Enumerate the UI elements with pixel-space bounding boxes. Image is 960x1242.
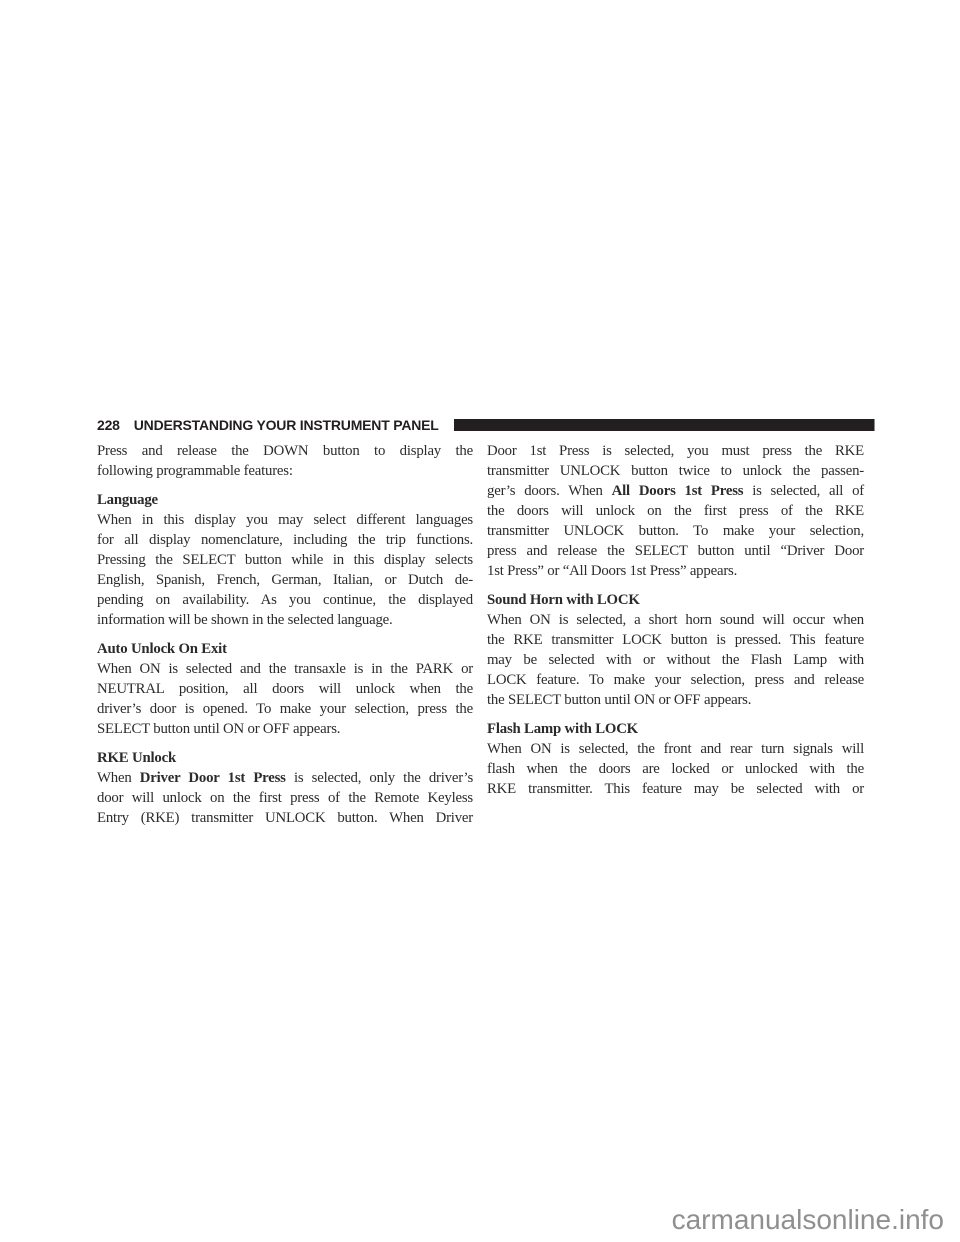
text-line: RKE transmitter. This feature may be sel… bbox=[487, 779, 864, 799]
manual-page: 228 UNDERSTANDING YOUR INSTRUMENT PANEL … bbox=[0, 0, 960, 1242]
text-line: Entry (RKE) transmitter UNLOCK button. W… bbox=[97, 808, 473, 828]
text-segment: When ON is selected, a short horn sound … bbox=[487, 612, 864, 628]
text-line: NEUTRAL position, all doors will unlock … bbox=[97, 679, 473, 699]
section: Auto Unlock On ExitWhen ON is selected a… bbox=[97, 639, 473, 739]
section: Flash Lamp with LOCKWhen ON is selected,… bbox=[487, 719, 864, 799]
text-line: LOCK feature. To make your selection, pr… bbox=[487, 670, 864, 690]
bold-text-segment: Driver Door 1st Press bbox=[140, 770, 286, 786]
text-line: Press and release the DOWN button to dis… bbox=[97, 441, 473, 461]
text-segment: the doors will unlock on the first press… bbox=[487, 503, 864, 519]
text-segment: Entry (RKE) transmitter UNLOCK button. W… bbox=[97, 810, 473, 826]
watermark: carmanualsonline.info bbox=[672, 1204, 944, 1236]
text-segment: flash when the doors are locked or unloc… bbox=[487, 761, 864, 777]
text-segment: Press and release the DOWN button to dis… bbox=[97, 443, 473, 459]
text-line: the SELECT button until ON or OFF appear… bbox=[487, 690, 864, 710]
text-segment: Pressing the SELECT button while in this… bbox=[97, 552, 473, 568]
text-segment: pending on availability. As you continue… bbox=[97, 592, 473, 608]
text-line: may be selected with or without the Flas… bbox=[487, 650, 864, 670]
text-segment: When ON is selected and the transaxle is… bbox=[97, 661, 473, 677]
text-segment: Door 1st Press is selected, you must pre… bbox=[487, 443, 864, 459]
text-line: driver’s door is opened. To make your se… bbox=[97, 699, 473, 719]
text-line: pending on availability. As you continue… bbox=[97, 590, 473, 610]
text-line: the RKE transmitter LOCK button is press… bbox=[487, 630, 864, 650]
text-line: Door 1st Press is selected, you must pre… bbox=[487, 441, 864, 461]
text-line: 1st Press” or “All Doors 1st Press” appe… bbox=[487, 561, 864, 581]
section: Door 1st Press is selected, you must pre… bbox=[487, 441, 864, 581]
text-segment: When ON is selected, the front and rear … bbox=[487, 741, 864, 757]
text-segment: RKE transmitter. This feature may be sel… bbox=[487, 781, 864, 797]
text-segment: information will be shown in the selecte… bbox=[97, 612, 393, 628]
text-line: transmitter UNLOCK button twice to unloc… bbox=[487, 461, 864, 481]
text-line: information will be shown in the selecte… bbox=[97, 610, 473, 630]
section: Sound Horn with LOCKWhen ON is selected,… bbox=[487, 590, 864, 710]
text-segment: door will unlock on the first press of t… bbox=[97, 790, 473, 806]
text-segment: following programmable features: bbox=[97, 463, 293, 479]
text-segment: transmitter UNLOCK button. To make your … bbox=[487, 523, 864, 539]
header-rule-bar bbox=[454, 419, 875, 431]
text-line: English, Spanish, French, German, Italia… bbox=[97, 570, 473, 590]
text-line: Pressing the SELECT button while in this… bbox=[97, 550, 473, 570]
page-header: 228 UNDERSTANDING YOUR INSTRUMENT PANEL bbox=[97, 417, 875, 433]
text-line: door will unlock on the first press of t… bbox=[97, 788, 473, 808]
text-segment: ger’s doors. When bbox=[487, 483, 612, 499]
text-line: When in this display you may select diff… bbox=[97, 510, 473, 530]
text-line: flash when the doors are locked or unloc… bbox=[487, 759, 864, 779]
text-segment: SELECT button until ON or OFF appears. bbox=[97, 721, 340, 737]
text-segment: the RKE transmitter LOCK button is press… bbox=[487, 632, 864, 648]
section: Press and release the DOWN button to dis… bbox=[97, 441, 473, 481]
section-heading: Sound Horn with LOCK bbox=[487, 590, 864, 610]
text-line: following programmable features: bbox=[97, 461, 473, 481]
text-segment: 1st Press” or “All Doors 1st Press” appe… bbox=[487, 563, 737, 579]
text-line: When ON is selected, the front and rear … bbox=[487, 739, 864, 759]
section-heading: Language bbox=[97, 490, 473, 510]
text-line: When ON is selected and the transaxle is… bbox=[97, 659, 473, 679]
page-number: 228 bbox=[97, 417, 120, 433]
text-line: SELECT button until ON or OFF appears. bbox=[97, 719, 473, 739]
text-line: press and release the SELECT button unti… bbox=[487, 541, 864, 561]
text-segment: is selected, only the driver’s bbox=[286, 770, 473, 786]
text-segment: When bbox=[97, 770, 140, 786]
text-segment: may be selected with or without the Flas… bbox=[487, 652, 864, 668]
text-line: transmitter UNLOCK button. To make your … bbox=[487, 521, 864, 541]
text-line: When Driver Door 1st Press is selected, … bbox=[97, 768, 473, 788]
section-heading: Flash Lamp with LOCK bbox=[487, 719, 864, 739]
text-segment: the SELECT button until ON or OFF appear… bbox=[487, 692, 751, 708]
text-segment: is selected, all of bbox=[743, 483, 864, 499]
text-line: the doors will unlock on the first press… bbox=[487, 501, 864, 521]
text-segment: When in this display you may select diff… bbox=[97, 512, 473, 528]
text-segment: NEUTRAL position, all doors will unlock … bbox=[97, 681, 473, 697]
header-title: UNDERSTANDING YOUR INSTRUMENT PANEL bbox=[134, 417, 439, 433]
text-line: ger’s doors. When All Doors 1st Press is… bbox=[487, 481, 864, 501]
section: RKE UnlockWhen Driver Door 1st Press is … bbox=[97, 748, 473, 828]
section: LanguageWhen in this display you may sel… bbox=[97, 490, 473, 630]
bold-text-segment: All Doors 1st Press bbox=[612, 483, 744, 499]
text-line: When ON is selected, a short horn sound … bbox=[487, 610, 864, 630]
text-segment: press and release the SELECT button unti… bbox=[487, 543, 864, 559]
text-segment: LOCK feature. To make your selection, pr… bbox=[487, 672, 864, 688]
text-segment: transmitter UNLOCK button twice to unloc… bbox=[487, 463, 864, 479]
text-column-right: Door 1st Press is selected, you must pre… bbox=[487, 441, 864, 799]
section-heading: Auto Unlock On Exit bbox=[97, 639, 473, 659]
text-segment: English, Spanish, French, German, Italia… bbox=[97, 572, 473, 588]
section-heading: RKE Unlock bbox=[97, 748, 473, 768]
text-segment: for all display nomenclature, including … bbox=[97, 532, 473, 548]
text-column-left: Press and release the DOWN button to dis… bbox=[97, 441, 473, 828]
text-line: for all display nomenclature, including … bbox=[97, 530, 473, 550]
text-segment: driver’s door is opened. To make your se… bbox=[97, 701, 473, 717]
